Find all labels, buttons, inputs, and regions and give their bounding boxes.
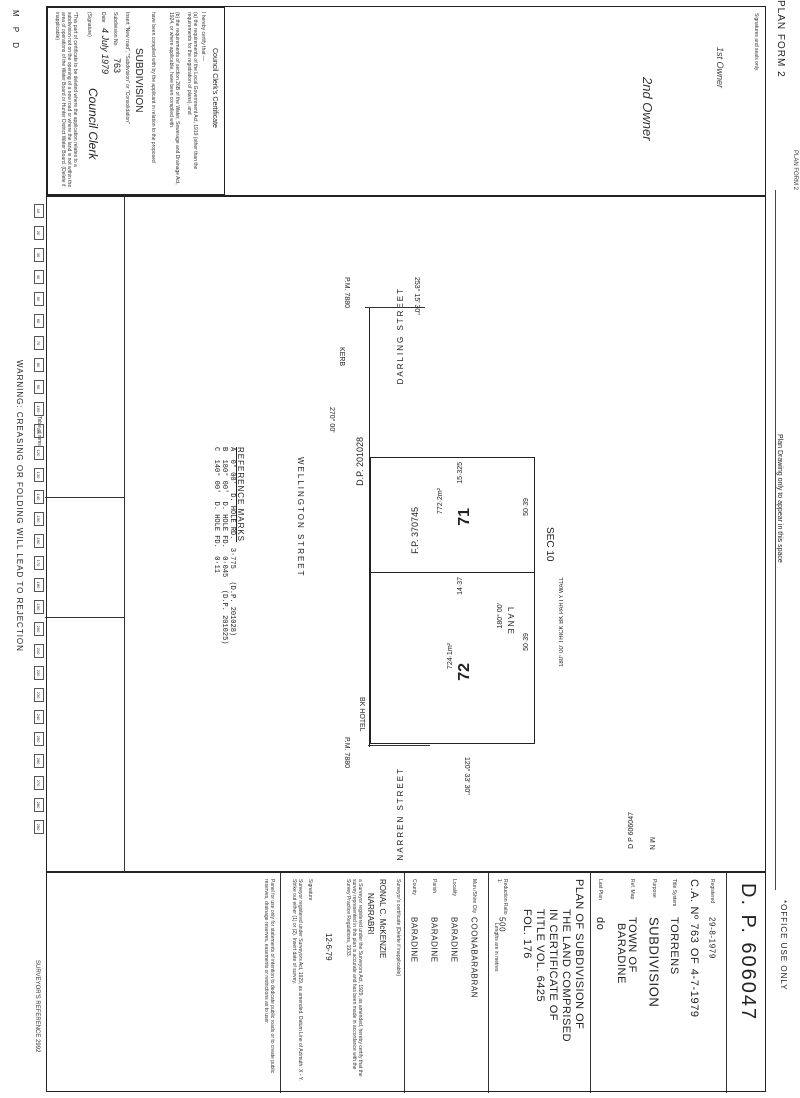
table-top-rule xyxy=(124,197,125,873)
county-label: County xyxy=(411,879,417,917)
north-marker: M N xyxy=(648,837,655,850)
initials: M P D xyxy=(11,10,20,52)
ref-map-label: Ref. Map xyxy=(629,879,635,917)
surveyors-reference: SURVEYOR'S REFERENCE 2992 xyxy=(34,960,40,1052)
surveyor-certificate: a Surveyor registered under the Surveyor… xyxy=(345,879,363,1084)
scale-cell: 240 xyxy=(34,710,44,724)
scale-cell: 270 xyxy=(34,776,44,790)
title-block: D. P. 606047 Registered29-8-1979 C.A. Nº… xyxy=(46,872,766,1092)
last-plan-label: Last Plan xyxy=(597,879,603,917)
reference-mark-row: C 140° 00' D. HOLE FD. 0·11 xyxy=(212,447,220,644)
scale-cell: 230 xyxy=(34,688,44,702)
divider xyxy=(726,873,727,1093)
owner-2-signature: 2nd Owner xyxy=(640,77,655,141)
reference-marks: REFERENCE MARKS A 0° 00' D. HOLE RD. 3·7… xyxy=(212,447,245,644)
table-divider xyxy=(45,617,125,618)
lot-71-depth: 50·39 xyxy=(523,498,530,516)
registered-label: Registered xyxy=(709,879,715,917)
scale-cell: 290 xyxy=(34,820,44,834)
scale-cell: 130 xyxy=(34,468,44,482)
scale-cell: 170 xyxy=(34,556,44,570)
council-cert-proposed: SUBDIVISION xyxy=(133,48,144,112)
scale-cell: 10 xyxy=(34,204,44,218)
municipality: COONABARABRAN xyxy=(470,917,479,998)
scale-cell: 120 xyxy=(34,446,44,460)
last-plan: do xyxy=(594,917,606,930)
dedication-panel-note: Panel for use only for statements of int… xyxy=(263,879,275,1084)
pm-top: P.M. 7880 xyxy=(343,737,350,768)
lot-71-frontage: 15·325 xyxy=(457,462,464,484)
scale-cell: 110 xyxy=(34,424,44,438)
table-divider xyxy=(45,497,125,498)
scale-cell: 180 xyxy=(34,578,44,592)
council-cert-title: Council Clerk's Certificate xyxy=(211,48,218,128)
kerb-mark: KERB xyxy=(338,347,345,366)
scale-cell: 250 xyxy=(34,732,44,746)
locality: BARADINE xyxy=(450,917,459,963)
ref-map-2: BARADINE xyxy=(615,923,627,984)
scale-strip: Table of mms 102030405060708090100110120… xyxy=(32,196,44,872)
purpose-label: Purpose xyxy=(651,879,657,917)
drawing-space-note: Plan Drawing only to appear in this spac… xyxy=(776,430,783,567)
plan-form-label: PLAN FORM 2 xyxy=(792,150,798,190)
street-narren: NARREN STREET xyxy=(396,767,405,861)
parish: BARADINE xyxy=(430,917,439,963)
scale-cell: 260 xyxy=(34,754,44,768)
lot-71-number: 71 xyxy=(456,508,474,526)
council-clerk-certificate: Council Clerk's Certificate I hereby cer… xyxy=(47,7,225,195)
ca-of: OF xyxy=(688,948,700,964)
council-cert-item-b: (b) the requirements of section 26B of t… xyxy=(168,12,180,192)
divider xyxy=(280,873,281,1093)
council-date-label: Date xyxy=(100,12,106,23)
locality-label: Locality xyxy=(451,879,457,917)
surveyor-town: NARRABRI xyxy=(366,893,375,934)
scale-cell: 80 xyxy=(34,358,44,372)
reduction-ratio-label: Reduction Ratio 1: xyxy=(496,879,508,917)
lot-72-depth: 50·39 xyxy=(523,633,530,651)
scale-cell: 100 xyxy=(34,402,44,416)
surveyor-name: RONAL C. McKENZIE xyxy=(378,879,387,958)
dp-ref-top: D P 606047 xyxy=(628,812,635,849)
street-darling: DARLING STREET xyxy=(396,287,405,384)
section-label: SEC 10 xyxy=(544,527,555,561)
surveyor-signature-label: Signature xyxy=(307,879,313,900)
signatures-panel: Signatures and seals only. 1st Owner 2nd… xyxy=(46,6,766,196)
scale-cell: 210 xyxy=(34,644,44,658)
subdivision-no-label: Subdivision No. xyxy=(112,12,118,47)
ca-number: C.A. Nº 763 xyxy=(688,879,700,943)
scale-cell: 200 xyxy=(34,622,44,636)
scale-cell: 280 xyxy=(34,798,44,812)
divider xyxy=(488,873,489,1093)
council-cert-complied: have been complied with by the applicant… xyxy=(150,12,156,192)
signatures-heading: Signatures and seals only. xyxy=(753,13,759,71)
scale-cell: 220 xyxy=(34,666,44,680)
plan-description: PLAN OF SUBDIVISION OF THE LAND COMPRISE… xyxy=(520,879,585,1042)
council-cert-footnote: *This part of certificate to be deleted … xyxy=(54,12,78,192)
lengths-note: Lengths are in metres xyxy=(493,923,499,971)
surveyor-heading: Surveyor's certificate (Delete if inappl… xyxy=(395,879,401,1079)
office-use-label: *OFFICE USE ONLY xyxy=(779,900,788,991)
narren-bearing: 120° 33' 30" xyxy=(463,757,470,795)
title-system-label: Title System xyxy=(671,879,677,917)
lot-72[interactable]: 72 724·1m² 14·37 50·39 180° 00' xyxy=(370,572,535,744)
street-wellington: WELLINGTON STREET xyxy=(296,457,305,578)
title-system: TORRENS xyxy=(668,917,680,975)
survey-date: 12-6-79 xyxy=(324,933,333,961)
county: BARADINE xyxy=(410,917,419,963)
lot-71[interactable]: 71 772·2m² 15·325 50·39 xyxy=(370,457,535,573)
plan-number: D. P. 606047 xyxy=(736,883,759,1021)
street-bearing: 270° 00' xyxy=(328,407,335,433)
scale-cell: 190 xyxy=(34,600,44,614)
lot-72-bearing: 180° 00' xyxy=(497,603,504,629)
council-date: 4 July 1979 xyxy=(100,28,110,74)
owner-1-signature: 1st Owner xyxy=(715,47,725,88)
plan-form-title: PLAN FORM 2 xyxy=(775,0,786,78)
reference-mark-row: B 180° 00' D. HOLE FD. 0·045 (D.P. 20102… xyxy=(220,447,228,644)
lot-72-frontage: 14·37 xyxy=(457,577,464,595)
registered-date: 29-8-1979 xyxy=(708,917,717,959)
ca-date: 4-7-1979 xyxy=(688,969,700,1018)
council-signature-label: (Signature) xyxy=(86,12,92,37)
scale-cell: 160 xyxy=(34,534,44,548)
ref-map-1: TOWN OF xyxy=(626,917,638,973)
lot-72-number: 72 xyxy=(456,663,474,681)
divider xyxy=(590,873,591,1093)
surveyor-footnote: Surveyor registered under Surveyors Act,… xyxy=(291,879,303,1084)
scale-cell: 90 xyxy=(34,380,44,394)
drawing-area: D P 606047 M N NARREN STREET DARLING STR… xyxy=(46,196,766,872)
council-clerk-signature: Council Clerk xyxy=(86,88,100,159)
subdivision-no: 763 xyxy=(112,58,122,73)
scale-cell: 70 xyxy=(34,336,44,350)
reference-mark-row: A 0° 00' D. HOLE RD. 3·775 (D.P. 201028) xyxy=(228,447,236,644)
scale-cell: 40 xyxy=(34,270,44,284)
scale-cell: 150 xyxy=(34,512,44,526)
lot-72-area: 724·1m² xyxy=(447,643,454,669)
dp-ref: D.P. 201028 xyxy=(355,437,365,486)
scale-cell: 50 xyxy=(34,292,44,306)
scale-cell: 140 xyxy=(34,490,44,504)
council-cert-proposed-note: Insert "New road", "Subdivision" or "Con… xyxy=(124,12,130,124)
reduction-ratio: 500 xyxy=(498,917,507,932)
pm-bottom: P.M. 7880 xyxy=(343,277,350,308)
scale-cell: 30 xyxy=(34,248,44,262)
scale-cell: 60 xyxy=(34,314,44,328)
divider xyxy=(404,873,405,1093)
purpose: SUBDIVISION xyxy=(647,917,662,1007)
warning-text: WARNING: CREASING OR FOLDING WILL LEAD T… xyxy=(15,360,24,652)
municipality-label: Mun./Shire City xyxy=(471,879,477,917)
darling-bearing: 253° 15' 30" xyxy=(413,277,420,315)
hotel-mark: BK HOTEL xyxy=(358,697,365,732)
council-cert-intro: I hereby certify that — xyxy=(200,12,206,192)
party-wall-note: 180° 00' THICK BK PARTY WALL xyxy=(559,577,565,667)
narren-corner xyxy=(368,745,430,746)
plan-sheet: PLAN FORM 2 PLAN FORM 2 *OFFICE USE ONLY… xyxy=(0,0,800,1098)
parish-label: Parish xyxy=(431,879,437,917)
reference-marks-title: REFERENCE MARKS xyxy=(236,447,245,644)
council-cert-item-a: (a) the requirements of the Local Govern… xyxy=(186,12,198,192)
lot-71-area: 772·2m² xyxy=(437,488,444,514)
scale-cell: 20 xyxy=(34,226,44,240)
